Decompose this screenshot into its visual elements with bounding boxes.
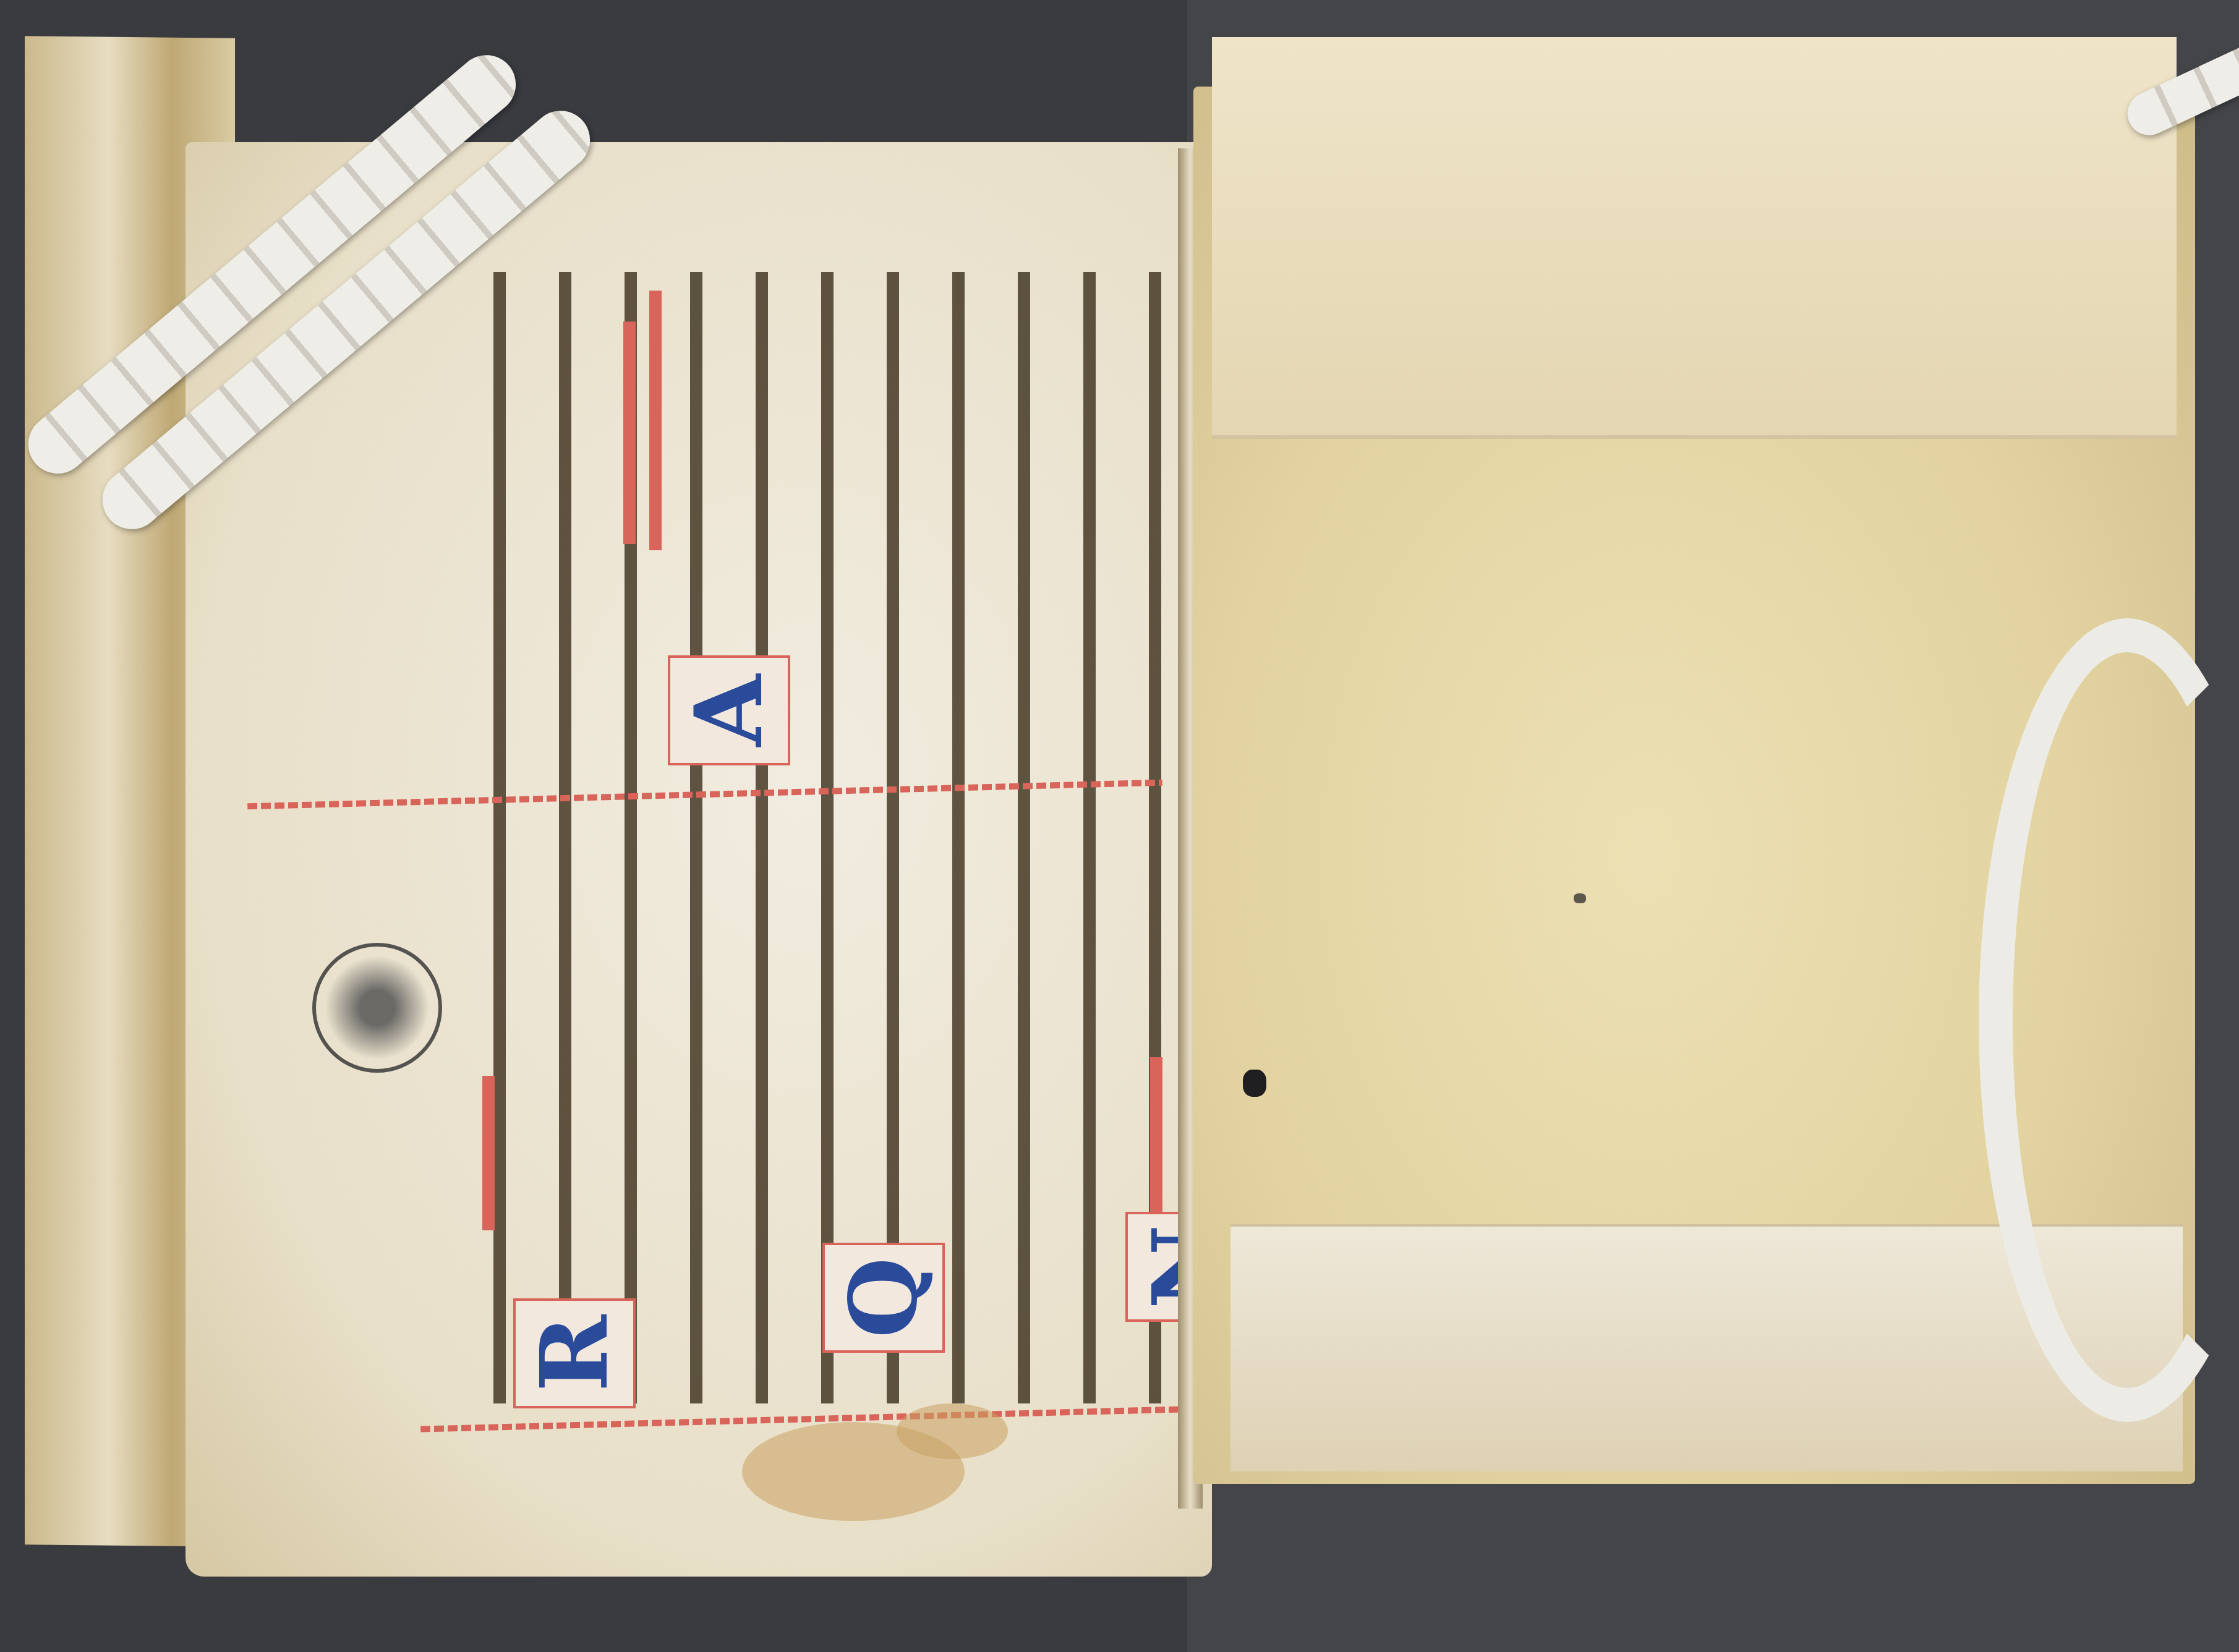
worm-hole [1574,893,1586,903]
lombard-initial-r: R [513,1298,636,1408]
rubric-line [649,291,662,550]
parchment-strip-top [1212,37,2177,439]
library-stamp [312,943,442,1073]
text-block [458,272,1175,1403]
rubric-line [482,1076,495,1230]
water-stain [897,1403,1008,1459]
worm-hole [1243,1070,1266,1097]
gothic-text-columns [458,272,1175,1403]
rubric-line [1150,1057,1162,1224]
lombard-initial-q: Q [822,1243,945,1353]
rubric-line [623,321,636,544]
lombard-initial-a: A [668,655,790,765]
